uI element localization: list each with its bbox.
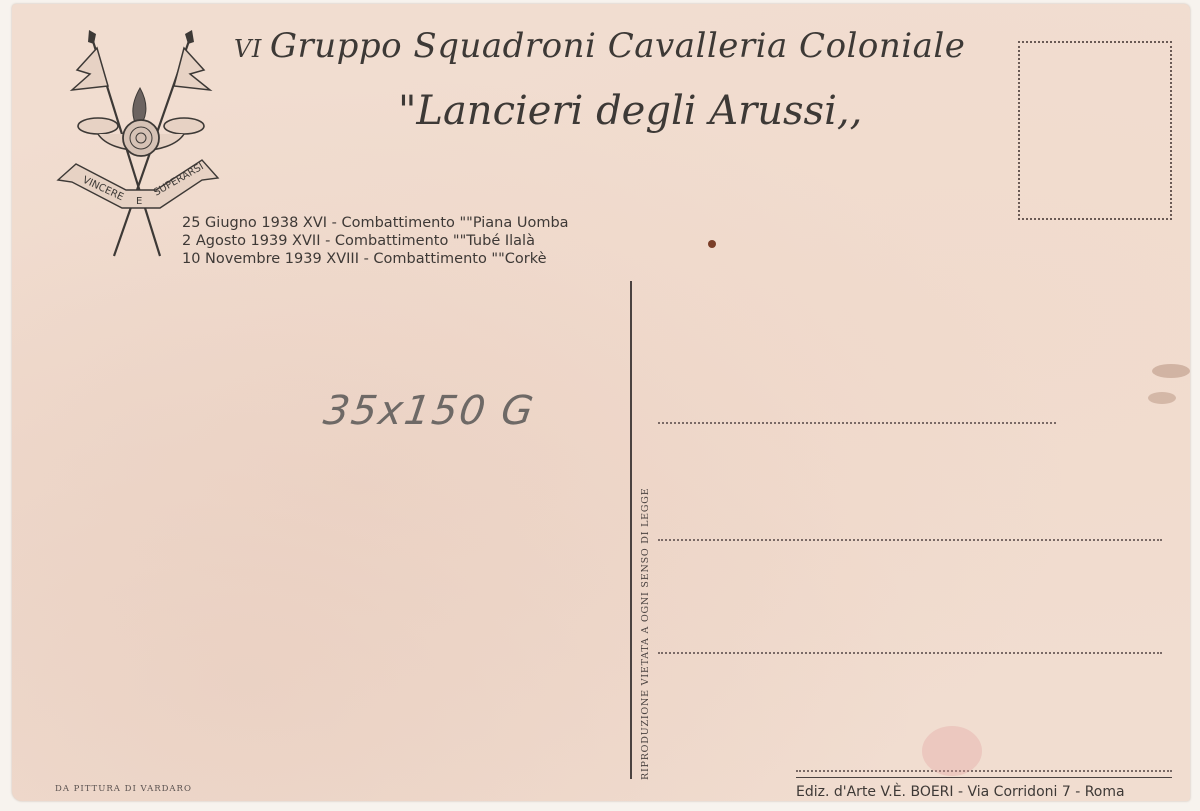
- battle-list: 25 Giugno 1938 XVI - Combattimento ""Pia…: [182, 214, 569, 268]
- pencil-note: 35x150 G: [321, 388, 538, 434]
- header-title-line2: "Lancieri degli Arussi,,: [398, 88, 862, 134]
- stain-spot: [922, 726, 982, 776]
- address-line-4: [796, 770, 1172, 772]
- stain-spot: [1152, 364, 1190, 378]
- vertical-divider: [630, 281, 632, 779]
- roman-numeral: VI: [234, 35, 262, 63]
- address-line-3: [658, 652, 1162, 654]
- footer-rule: [796, 777, 1172, 778]
- artist-credit: DA PITTURA DI VARDARO: [55, 784, 192, 794]
- postcard-back: VINCERE E SUPERARSI VIGruppo Squadroni C…: [12, 4, 1190, 801]
- battle-item: 25 Giugno 1938 XVI - Combattimento ""Pia…: [182, 214, 569, 232]
- header-title-line1: VIGruppo Squadroni Cavalleria Coloniale: [234, 26, 965, 66]
- reproduction-notice: RIPRODUZIONE VIETATA A OGNI SENSO DI LEG…: [640, 488, 651, 780]
- address-line-2: [658, 539, 1162, 541]
- publisher-credit: Ediz. d'Arte V.È. BOERI - Via Corridoni …: [796, 784, 1125, 800]
- battle-item: 10 Novembre 1939 XVIII - Combattimento "…: [182, 250, 569, 268]
- address-line-1: [658, 422, 1056, 424]
- svg-text:E: E: [136, 196, 142, 207]
- stamp-placeholder-box: [1018, 41, 1172, 220]
- stain-spot: [1148, 392, 1176, 404]
- battle-item: 2 Agosto 1939 XVII - Combattimento ""Tub…: [182, 232, 569, 250]
- stain-spot: [708, 240, 716, 248]
